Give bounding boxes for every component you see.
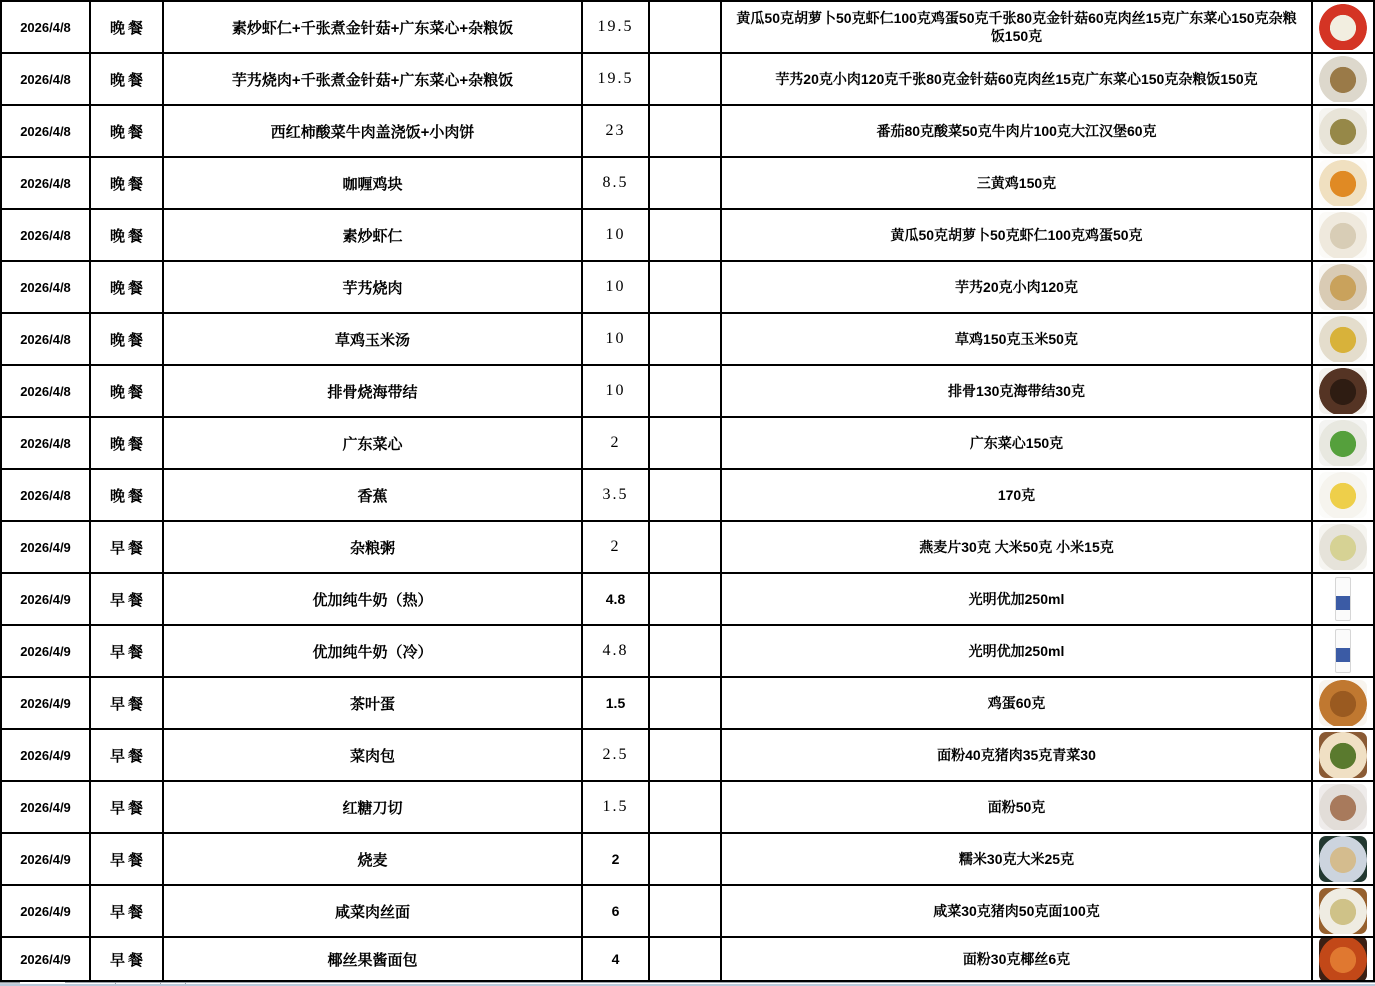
date-cell[interactable]: 2026/4/8 (0, 158, 91, 210)
ingredients-cell[interactable]: 排骨130克海带结30克 (722, 366, 1313, 418)
dish-cell[interactable]: 烧麦 (164, 834, 583, 886)
date-cell[interactable]: 2026/4/8 (0, 106, 91, 158)
date-text: 2026/4/9 (20, 644, 71, 659)
ingredients-text: 芋艿20克小肉120克千张80克金针菇60克肉丝15克广东菜心150克杂粮饭15… (775, 70, 1257, 88)
meal-text: 晚餐 (110, 329, 146, 350)
braised-ribs-photo[interactable] (1319, 368, 1367, 414)
price-text: 8.5 (603, 174, 629, 192)
dish-cell[interactable]: 红糖刀切 (164, 782, 583, 834)
price-cell[interactable]: 4.8 (583, 574, 650, 626)
dish-text: 素炒虾仁+千张煮金针菇+广东菜心+杂粮饭 (232, 17, 513, 38)
table-row: 2026/4/8 晚餐 芋艿烧肉+千张煮金针菇+广东菜心+杂粮饭 19.5 芋艿… (0, 54, 1375, 106)
dish-text: 烧麦 (357, 849, 387, 870)
ingredients-cell[interactable]: 燕麦片30克 大米50克 小米15克 (722, 522, 1313, 574)
ingredients-cell[interactable]: 糯米30克大米25克 (722, 834, 1313, 886)
date-cell[interactable]: 2026/4/9 (0, 730, 91, 782)
table-row: 2026/4/9 早餐 杂粮粥 2 燕麦片30克 大米50克 小米15克 (0, 522, 1375, 574)
dish-text: 香蕉 (357, 485, 387, 506)
price-cell[interactable]: 10 (583, 262, 650, 314)
price-cell[interactable]: 19.5 (583, 2, 650, 54)
photo-cell[interactable] (1313, 782, 1375, 834)
meal-cell[interactable]: 晚餐 (91, 54, 164, 106)
meal-cell[interactable]: 晚餐 (91, 158, 164, 210)
date-text: 2026/4/8 (20, 72, 71, 87)
ingredients-cell[interactable]: 三黄鸡150克 (722, 158, 1313, 210)
dish-text: 优加纯牛奶（热） (312, 589, 432, 610)
dish-cell[interactable]: 优加纯牛奶（热） (164, 574, 583, 626)
dish-cell[interactable]: 咖喱鸡块 (164, 158, 583, 210)
price-text: 1.5 (603, 798, 629, 816)
dish-text: 芋艿烧肉+千张煮金针菇+广东菜心+杂粮饭 (232, 69, 513, 90)
price-text: 10 (606, 330, 626, 348)
date-text: 2026/4/9 (20, 592, 71, 607)
meal-text: 晚餐 (110, 433, 146, 454)
ingredients-cell[interactable]: 广东菜心150克 (722, 418, 1313, 470)
ingredients-cell[interactable]: 170克 (722, 470, 1313, 522)
meal-cell[interactable]: 早餐 (91, 574, 164, 626)
empty-cell[interactable] (650, 782, 722, 834)
empty-cell[interactable] (650, 678, 722, 730)
date-cell[interactable]: 2026/4/8 (0, 262, 91, 314)
meal-cell[interactable]: 早餐 (91, 782, 164, 834)
date-text: 2026/4/9 (20, 540, 71, 555)
photo-cell[interactable] (1313, 314, 1375, 366)
date-cell[interactable]: 2026/4/9 (0, 678, 91, 730)
empty-cell[interactable] (650, 314, 722, 366)
ingredients-cell[interactable]: 面粉50克 (722, 782, 1313, 834)
empty-cell[interactable] (650, 106, 722, 158)
photo-cell[interactable] (1313, 366, 1375, 418)
dish-text: 优加纯牛奶（冷） (312, 641, 432, 662)
dish-text: 广东菜心 (342, 433, 402, 454)
meal-text: 早餐 (110, 901, 146, 922)
date-text: 2026/4/8 (20, 20, 71, 35)
dish-text: 茶叶蛋 (350, 693, 395, 714)
ingredients-text: 燕麦片30克 大米50克 小米15克 (919, 538, 1114, 556)
empty-cell[interactable] (650, 522, 722, 574)
price-text: 1.5 (606, 695, 625, 711)
meal-cell[interactable]: 晚餐 (91, 418, 164, 470)
meal-text: 早餐 (110, 641, 146, 662)
chicken-corn-soup-photo[interactable] (1319, 316, 1367, 362)
ingredients-text: 黄瓜50克胡萝卜50克虾仁100克鸡蛋50克 (890, 226, 1142, 244)
date-cell[interactable]: 2026/4/9 (0, 938, 91, 982)
ingredients-text: 面粉30克椰丝6克 (963, 950, 1070, 968)
price-text: 10 (606, 382, 626, 400)
date-text: 2026/4/9 (20, 800, 71, 815)
table-row: 2026/4/9 早餐 咸菜肉丝面 6 咸菜30克猪肉50克面100克 (0, 886, 1375, 938)
photo-cell[interactable] (1313, 210, 1375, 262)
photo-cell[interactable] (1313, 574, 1375, 626)
empty-cell[interactable] (650, 938, 722, 982)
table-row: 2026/4/9 早餐 烧麦 2 糯米30克大米25克 (0, 834, 1375, 886)
ingredients-text: 草鸡150克玉米50克 (955, 330, 1078, 348)
price-cell[interactable]: 10 (583, 210, 650, 262)
dish-cell[interactable]: 素炒虾仁 (164, 210, 583, 262)
veg-pork-bun-photo[interactable] (1319, 732, 1367, 778)
dish-text: 西红柿酸菜牛肉盖浇饭+小肉饼 (271, 121, 475, 142)
dish-text: 芋艿烧肉 (342, 277, 402, 298)
date-text: 2026/4/8 (20, 124, 71, 139)
bento-tray-photo[interactable] (1319, 56, 1367, 102)
shrimp-stirfry-photo[interactable] (1319, 212, 1367, 258)
table-row: 2026/4/8 晚餐 广东菜心 2 广东菜心150克 (0, 418, 1375, 470)
price-text: 23 (606, 122, 626, 140)
photo-cell[interactable] (1313, 678, 1375, 730)
dish-text: 咸菜肉丝面 (335, 901, 410, 922)
date-text: 2026/4/8 (20, 488, 71, 503)
price-cell[interactable]: 19.5 (583, 54, 650, 106)
date-cell[interactable]: 2026/4/8 (0, 210, 91, 262)
date-text: 2026/4/8 (20, 332, 71, 347)
photo-cell[interactable] (1313, 54, 1375, 106)
price-text: 4.8 (603, 642, 629, 660)
dish-text: 椰丝果酱面包 (327, 949, 417, 970)
ingredients-text: 芋艿20克小肉120克 (955, 278, 1078, 296)
price-text: 10 (606, 226, 626, 244)
dish-cell[interactable]: 广东菜心 (164, 418, 583, 470)
empty-cell[interactable] (650, 210, 722, 262)
dish-text: 咖喱鸡块 (342, 173, 402, 194)
ingredients-cell[interactable]: 面粉30克椰丝6克 (722, 938, 1313, 982)
table-row: 2026/4/9 早餐 优加纯牛奶（热） 4.8 光明优加250ml (0, 574, 1375, 626)
price-cell[interactable]: 10 (583, 366, 650, 418)
meal-text: 晚餐 (110, 381, 146, 402)
ingredients-text: 广东菜心150克 (970, 434, 1063, 452)
date-cell[interactable]: 2026/4/8 (0, 418, 91, 470)
price-cell[interactable]: 4 (583, 938, 650, 982)
price-cell[interactable]: 2.5 (583, 730, 650, 782)
date-cell[interactable]: 2026/4/9 (0, 782, 91, 834)
dish-cell[interactable]: 香蕉 (164, 470, 583, 522)
meal-cell[interactable]: 晚餐 (91, 106, 164, 158)
meal-cell[interactable]: 早餐 (91, 938, 164, 982)
meal-text: 晚餐 (110, 173, 146, 194)
meal-text: 晚餐 (110, 121, 146, 142)
price-cell[interactable]: 1.5 (583, 782, 650, 834)
ingredients-cell[interactable]: 咸菜30克猪肉50克面100克 (722, 886, 1313, 938)
meal-text: 晚餐 (110, 225, 146, 246)
price-text: 4.8 (606, 591, 625, 607)
ingredients-cell[interactable]: 黄瓜50克胡萝卜50克虾仁100克鸡蛋50克千张80克金针菇60克肉丝15克广东… (722, 2, 1313, 54)
empty-cell[interactable] (650, 834, 722, 886)
meal-cell[interactable]: 早餐 (91, 626, 164, 678)
photo-cell[interactable] (1313, 626, 1375, 678)
ingredients-cell[interactable]: 番茄80克酸菜50克牛肉片100克大江汉堡60克 (722, 106, 1313, 158)
photo-cell[interactable] (1313, 2, 1375, 54)
dish-cell[interactable]: 菜肉包 (164, 730, 583, 782)
dish-text: 红糖刀切 (342, 797, 402, 818)
table-row: 2026/4/8 晚餐 草鸡玉米汤 10 草鸡150克玉米50克 (0, 314, 1375, 366)
taro-pork-soup-photo[interactable] (1319, 264, 1367, 310)
price-cell[interactable]: 2 (583, 418, 650, 470)
meal-text: 早餐 (110, 693, 146, 714)
meal-text: 早餐 (110, 949, 146, 970)
dish-cell[interactable]: 椰丝果酱面包 (164, 938, 583, 982)
photo-cell[interactable] (1313, 730, 1375, 782)
date-cell[interactable]: 2026/4/8 (0, 366, 91, 418)
ingredients-text: 光明优加250ml (969, 642, 1065, 660)
photo-cell[interactable] (1313, 262, 1375, 314)
photo-cell[interactable] (1313, 522, 1375, 574)
price-text: 2 (611, 434, 621, 452)
ingredients-text: 鸡蛋60克 (988, 694, 1046, 712)
ingredients-text: 番茄80克酸菜50克牛肉片100克大江汉堡60克 (876, 122, 1156, 140)
date-text: 2026/4/8 (20, 280, 71, 295)
dish-text: 菜肉包 (350, 745, 395, 766)
empty-cell[interactable] (650, 158, 722, 210)
meal-cell[interactable]: 晚餐 (91, 262, 164, 314)
empty-cell[interactable] (650, 574, 722, 626)
meal-cell[interactable]: 晚餐 (91, 470, 164, 522)
photo-cell[interactable] (1313, 834, 1375, 886)
ingredients-text: 咸菜30克猪肉50克面100克 (933, 902, 1100, 920)
ingredients-text: 三黄鸡150克 (977, 174, 1056, 192)
empty-cell[interactable] (650, 470, 722, 522)
price-cell[interactable]: 4.8 (583, 626, 650, 678)
meal-text: 早餐 (110, 589, 146, 610)
ingredients-cell[interactable]: 芋艿20克小肉120克千张80克金针菇60克肉丝15克广东菜心150克杂粮饭15… (722, 54, 1313, 106)
price-cell[interactable]: 6 (583, 886, 650, 938)
date-text: 2026/4/8 (20, 436, 71, 451)
noodle-soup-photo[interactable] (1319, 888, 1367, 934)
dish-text: 草鸡玉米汤 (335, 329, 410, 350)
date-cell[interactable]: 2026/4/8 (0, 470, 91, 522)
table-row: 2026/4/8 晚餐 芋艿烧肉 10 芋艿20克小肉120克 (0, 262, 1375, 314)
ingredients-cell[interactable]: 草鸡150克玉米50克 (722, 314, 1313, 366)
price-text: 2.5 (603, 746, 629, 764)
date-text: 2026/4/9 (20, 696, 71, 711)
meal-text: 晚餐 (110, 277, 146, 298)
meal-cell[interactable]: 晚餐 (91, 2, 164, 54)
table-row: 2026/4/9 早餐 菜肉包 2.5 面粉40克猪肉35克青菜30 (0, 730, 1375, 782)
partial-next-row (0, 982, 1375, 986)
date-cell[interactable]: 2026/4/8 (0, 54, 91, 106)
table-row: 2026/4/8 晚餐 素炒虾仁+千张煮金针菇+广东菜心+杂粮饭 19.5 黄瓜… (0, 2, 1375, 54)
date-cell[interactable]: 2026/4/8 (0, 314, 91, 366)
dish-cell[interactable]: 咸菜肉丝面 (164, 886, 583, 938)
dish-cell[interactable]: 西红柿酸菜牛肉盖浇饭+小肉饼 (164, 106, 583, 158)
empty-cell[interactable] (650, 886, 722, 938)
dish-cell[interactable]: 茶叶蛋 (164, 678, 583, 730)
meal-cell[interactable]: 早餐 (91, 886, 164, 938)
date-cell[interactable]: 2026/4/8 (0, 2, 91, 54)
meal-cell[interactable]: 早餐 (91, 834, 164, 886)
milk-carton-photo[interactable] (1335, 577, 1351, 621)
photo-cell[interactable] (1313, 158, 1375, 210)
date-cell[interactable]: 2026/4/9 (0, 522, 91, 574)
ingredients-text: 糯米30克大米25克 (959, 850, 1074, 868)
table-row: 2026/4/9 早餐 优加纯牛奶（冷） 4.8 光明优加250ml (0, 626, 1375, 678)
dish-cell[interactable]: 草鸡玉米汤 (164, 314, 583, 366)
price-cell[interactable]: 1.5 (583, 678, 650, 730)
meal-text: 早餐 (110, 849, 146, 870)
date-text: 2026/4/9 (20, 748, 71, 763)
ingredients-cell[interactable]: 芋艿20克小肉120克 (722, 262, 1313, 314)
ingredients-text: 面粉40克猪肉35克青菜30 (937, 746, 1096, 764)
table-row: 2026/4/8 晚餐 西红柿酸菜牛肉盖浇饭+小肉饼 23 番茄80克酸菜50克… (0, 106, 1375, 158)
gridline (65, 982, 1375, 983)
coconut-jam-bread-photo[interactable] (1319, 938, 1367, 982)
empty-cell[interactable] (650, 418, 722, 470)
price-text: 19.5 (598, 70, 634, 88)
meal-text: 早餐 (110, 797, 146, 818)
ingredients-text: 排骨130克海带结30克 (948, 382, 1085, 400)
dish-cell[interactable]: 优加纯牛奶（冷） (164, 626, 583, 678)
price-cell[interactable]: 10 (583, 314, 650, 366)
meal-text: 晚餐 (110, 17, 146, 38)
price-text: 6 (612, 903, 620, 919)
ingredients-cell[interactable]: 光明优加250ml (722, 626, 1313, 678)
meal-text: 晚餐 (110, 485, 146, 506)
table-row: 2026/4/9 早餐 红糖刀切 1.5 面粉50克 (0, 782, 1375, 834)
fried-rice-photo[interactable] (1319, 108, 1367, 154)
table-row: 2026/4/9 早餐 椰丝果酱面包 4 面粉30克椰丝6克 (0, 938, 1375, 982)
ingredients-text: 黄瓜50克胡萝卜50克虾仁100克鸡蛋50克千张80克金针菇60克肉丝15克广东… (732, 9, 1301, 45)
photo-cell[interactable] (1313, 418, 1375, 470)
dish-cell[interactable]: 排骨烧海带结 (164, 366, 583, 418)
meal-cell[interactable]: 晚餐 (91, 366, 164, 418)
dish-cell[interactable]: 素炒虾仁+千张煮金针菇+广东菜心+杂粮饭 (164, 2, 583, 54)
meal-text: 晚餐 (110, 69, 146, 90)
date-text: 2026/4/9 (20, 952, 71, 967)
brown-sugar-bun-photo[interactable] (1319, 784, 1367, 830)
curry-chicken-photo[interactable] (1319, 160, 1367, 206)
meal-cell[interactable]: 早餐 (91, 678, 164, 730)
photo-cell[interactable] (1313, 106, 1375, 158)
photo-cell[interactable] (1313, 886, 1375, 938)
dish-cell[interactable]: 杂粮粥 (164, 522, 583, 574)
photo-cell[interactable] (1313, 938, 1375, 982)
shaomai-photo[interactable] (1319, 836, 1367, 882)
date-text: 2026/4/8 (20, 176, 71, 191)
ingredients-cell[interactable]: 黄瓜50克胡萝卜50克虾仁100克鸡蛋50克 (722, 210, 1313, 262)
empty-cell[interactable] (650, 730, 722, 782)
meal-cell[interactable]: 晚餐 (91, 210, 164, 262)
table-row: 2026/4/8 晚餐 素炒虾仁 10 黄瓜50克胡萝卜50克虾仁100克鸡蛋5… (0, 210, 1375, 262)
ingredients-text: 面粉50克 (988, 798, 1046, 816)
empty-cell[interactable] (650, 626, 722, 678)
milk-carton-photo[interactable] (1335, 629, 1351, 673)
menu-table: 2026/4/8 晚餐 素炒虾仁+千张煮金针菇+广东菜心+杂粮饭 19.5 黄瓜… (0, 0, 1375, 986)
date-text: 2026/4/9 (20, 904, 71, 919)
date-cell[interactable]: 2026/4/9 (0, 574, 91, 626)
date-cell[interactable]: 2026/4/9 (0, 626, 91, 678)
ingredients-cell[interactable]: 面粉40克猪肉35克青菜30 (722, 730, 1313, 782)
ingredients-text: 170克 (998, 486, 1035, 504)
ingredients-cell[interactable]: 光明优加250ml (722, 574, 1313, 626)
dish-cell[interactable]: 芋艿烧肉+千张煮金针菇+广东菜心+杂粮饭 (164, 54, 583, 106)
dish-text: 素炒虾仁 (342, 225, 402, 246)
porridge-photo[interactable] (1319, 524, 1367, 570)
photo-cell[interactable] (1313, 470, 1375, 522)
price-text: 2 (611, 538, 621, 556)
price-text: 3.5 (603, 486, 629, 504)
table-row: 2026/4/8 晚餐 咖喱鸡块 8.5 三黄鸡150克 (0, 158, 1375, 210)
ingredients-cell[interactable]: 鸡蛋60克 (722, 678, 1313, 730)
table-rows: 2026/4/8 晚餐 素炒虾仁+千张煮金针菇+广东菜心+杂粮饭 19.5 黄瓜… (0, 2, 1375, 982)
choy-sum-photo[interactable] (1319, 420, 1367, 466)
empty-cell[interactable] (650, 54, 722, 106)
meal-cell[interactable]: 早餐 (91, 730, 164, 782)
empty-cell[interactable] (650, 262, 722, 314)
price-cell[interactable]: 3.5 (583, 470, 650, 522)
price-text: 4 (612, 951, 620, 967)
table-row: 2026/4/8 晚餐 排骨烧海带结 10 排骨130克海带结30克 (0, 366, 1375, 418)
date-text: 2026/4/8 (20, 228, 71, 243)
table-row: 2026/4/8 晚餐 香蕉 3.5 170克 (0, 470, 1375, 522)
date-text: 2026/4/9 (20, 852, 71, 867)
date-cell[interactable]: 2026/4/9 (0, 886, 91, 938)
empty-cell[interactable] (650, 2, 722, 54)
price-cell[interactable]: 2 (583, 522, 650, 574)
ingredients-text: 光明优加250ml (969, 590, 1065, 608)
tea-eggs-photo[interactable] (1319, 680, 1367, 726)
empty-cell[interactable] (650, 366, 722, 418)
dish-text: 杂粮粥 (350, 537, 395, 558)
price-text: 19.5 (598, 18, 634, 36)
banana-photo[interactable] (1319, 472, 1367, 518)
date-cell[interactable]: 2026/4/9 (0, 834, 91, 886)
red-tray-meal-photo[interactable] (1319, 4, 1367, 50)
table-row: 2026/4/9 早餐 茶叶蛋 1.5 鸡蛋60克 (0, 678, 1375, 730)
meal-cell[interactable]: 早餐 (91, 522, 164, 574)
meal-cell[interactable]: 晚餐 (91, 314, 164, 366)
meal-text: 早餐 (110, 537, 146, 558)
price-text: 10 (606, 278, 626, 296)
dish-cell[interactable]: 芋艿烧肉 (164, 262, 583, 314)
price-cell[interactable]: 23 (583, 106, 650, 158)
price-cell[interactable]: 8.5 (583, 158, 650, 210)
meal-text: 早餐 (110, 745, 146, 766)
dish-text: 排骨烧海带结 (327, 381, 417, 402)
price-cell[interactable]: 2 (583, 834, 650, 886)
price-text: 2 (612, 851, 620, 867)
date-text: 2026/4/8 (20, 384, 71, 399)
